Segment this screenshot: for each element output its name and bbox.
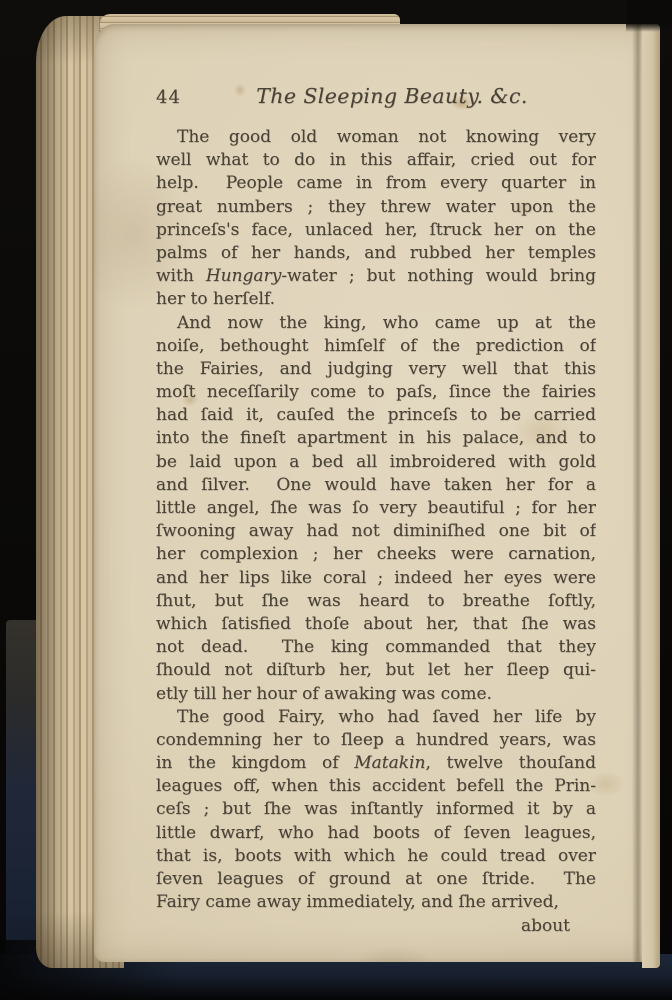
text-segment: not dead. The king commanded that they xyxy=(156,637,596,657)
text-segment: , twelve thouſand xyxy=(425,753,596,773)
text-line: had ſaid it, cauſed the princeſs to be c… xyxy=(156,404,596,427)
text-line: and ſilver. One would have taken her for… xyxy=(156,474,596,497)
text-segment: ſwooning away had not diminiſhed one bit… xyxy=(156,521,596,541)
text-segment: little angel, ſhe was ſo very beautiful … xyxy=(156,498,596,518)
text-line: great numbers ; they threw water upon th… xyxy=(156,196,596,219)
text-line: Fairy came away immediately, and ſhe arr… xyxy=(156,891,596,914)
text-segment: well what to do in this affair, cried ou… xyxy=(156,150,596,170)
text-segment: ceſs ; but ſhe was inſtantly informed it… xyxy=(156,799,596,819)
book-page: 44 The Sleeping Beauty. &c. The good old… xyxy=(94,24,660,962)
text-segment: ſhut, but ſhe was heard to breathe ſoftl… xyxy=(156,591,596,611)
text-line: leagues off, when this accident befell t… xyxy=(156,775,596,798)
page-gutter-fold xyxy=(632,24,642,962)
text-segment: in the kingdom of xyxy=(156,753,354,773)
text-line: her to herſelf. xyxy=(156,288,596,311)
text-line: into the fineſt apartment in his palace,… xyxy=(156,427,596,450)
text-segment: that is, boots with which he could tread… xyxy=(156,846,596,866)
text-line: noiſe, bethought himſelf of the predicti… xyxy=(156,335,596,358)
text-segment: -water ; but nothing would bring xyxy=(281,266,596,286)
text-line: her complexion ; her cheeks were carnati… xyxy=(156,543,596,566)
text-line: princeſs's face, unlaced her, ſtruck her… xyxy=(156,219,596,242)
text-segment: ſhould not diſturb her, but let her ſlee… xyxy=(156,660,596,680)
text-segment: into the fineſt apartment in his palace,… xyxy=(156,428,596,448)
text-line: not dead. The king commanded that they xyxy=(156,636,596,659)
text-segment: with xyxy=(156,266,206,286)
catchword: about xyxy=(156,914,596,938)
text-line: little dwarf, who had boots of ſeven lea… xyxy=(156,822,596,845)
text-segment: be laid upon a bed all imbroidered with … xyxy=(156,452,596,472)
text-segment: little dwarf, who had boots of ſeven lea… xyxy=(156,823,596,843)
text-segment: Fairy came away immediately, and ſhe arr… xyxy=(156,892,559,912)
text-line: palms of her hands, and rubbed her templ… xyxy=(156,242,596,265)
text-line: in the kingdom of Matakin, twelve thouſa… xyxy=(156,752,596,775)
text-line: that is, boots with which he could tread… xyxy=(156,845,596,868)
text-line: ſwooning away had not diminiſhed one bit… xyxy=(156,520,596,543)
text-segment: etly till her hour of awaking was come. xyxy=(156,684,492,704)
text-segment: the Fairies, and judging very well that … xyxy=(156,359,596,379)
text-segment: her complexion ; her cheeks were carnati… xyxy=(156,544,596,564)
book-cover-top-right xyxy=(626,0,672,32)
text-line: moſt neceſſarily come to paſs, ſince the… xyxy=(156,381,596,404)
text-segment: palms of her hands, and rubbed her templ… xyxy=(156,243,596,263)
text-segment: and her lips like coral ; indeed her eye… xyxy=(156,568,596,588)
italic-text: Matakin xyxy=(354,753,425,773)
text-segment: moſt neceſſarily come to paſs, ſince the… xyxy=(156,382,596,402)
text-line: be laid upon a bed all imbroidered with … xyxy=(156,451,596,474)
text-line: ſhould not diſturb her, but let her ſlee… xyxy=(156,659,596,682)
page-number: 44 xyxy=(156,87,202,108)
text-segment: which ſatisfied thoſe about her, that ſh… xyxy=(156,614,596,634)
text-line: little angel, ſhe was ſo very beautiful … xyxy=(156,497,596,520)
text-line: which ſatisfied thoſe about her, that ſh… xyxy=(156,613,596,636)
text-line: The good Fairy, who had ſaved her life b… xyxy=(156,706,596,729)
text-line: the Fairies, and judging very well that … xyxy=(156,358,596,381)
text-segment: princeſs's face, unlaced her, ſtruck her… xyxy=(156,220,596,240)
text-segment: And now the king, who came up at the xyxy=(177,313,596,333)
page-header: 44 The Sleeping Beauty. &c. xyxy=(156,84,596,114)
text-segment: and ſilver. One would have taken her for… xyxy=(156,475,596,495)
text-segment: great numbers ; they threw water upon th… xyxy=(156,197,596,217)
italic-text: Hungary xyxy=(206,266,281,286)
adjacent-page-edge xyxy=(642,30,660,968)
text-segment: leagues off, when this accident befell t… xyxy=(156,776,596,796)
text-segment: The good Fairy, who had ſaved her life b… xyxy=(177,707,596,727)
text-line: And now the king, who came up at the xyxy=(156,312,596,335)
text-line: etly till her hour of awaking was come. xyxy=(156,683,596,706)
page-content: 44 The Sleeping Beauty. &c. The good old… xyxy=(156,84,596,938)
text-line: ſeven leagues of ground at one ſtride. T… xyxy=(156,868,596,891)
text-line: and her lips like coral ; indeed her eye… xyxy=(156,567,596,590)
text-line: ſhut, but ſhe was heard to breathe ſoftl… xyxy=(156,590,596,613)
book-photograph: 44 The Sleeping Beauty. &c. The good old… xyxy=(0,0,672,1000)
text-segment: her to herſelf. xyxy=(156,289,275,309)
text-segment: noiſe, bethought himſelf of the predicti… xyxy=(156,336,596,356)
body-text: The good old woman not knowing verywell … xyxy=(156,126,596,914)
running-title: The Sleeping Beauty. &c. xyxy=(202,84,596,108)
text-line: ceſs ; but ſhe was inſtantly informed it… xyxy=(156,798,596,821)
text-line: The good old woman not knowing very xyxy=(156,126,596,149)
text-segment: had ſaid it, cauſed the princeſs to be c… xyxy=(156,405,596,425)
text-line: with Hungary-water ; but nothing would b… xyxy=(156,265,596,288)
text-line: condemning her to ſleep a hundred years,… xyxy=(156,729,596,752)
text-line: help. People came in from every quarter … xyxy=(156,172,596,195)
text-segment: condemning her to ſleep a hundred years,… xyxy=(156,730,596,750)
text-segment: ſeven leagues of ground at one ſtride. T… xyxy=(156,869,596,889)
text-line: well what to do in this affair, cried ou… xyxy=(156,149,596,172)
text-segment: help. People came in from every quarter … xyxy=(156,173,596,193)
text-segment: The good old woman not knowing very xyxy=(177,127,596,147)
